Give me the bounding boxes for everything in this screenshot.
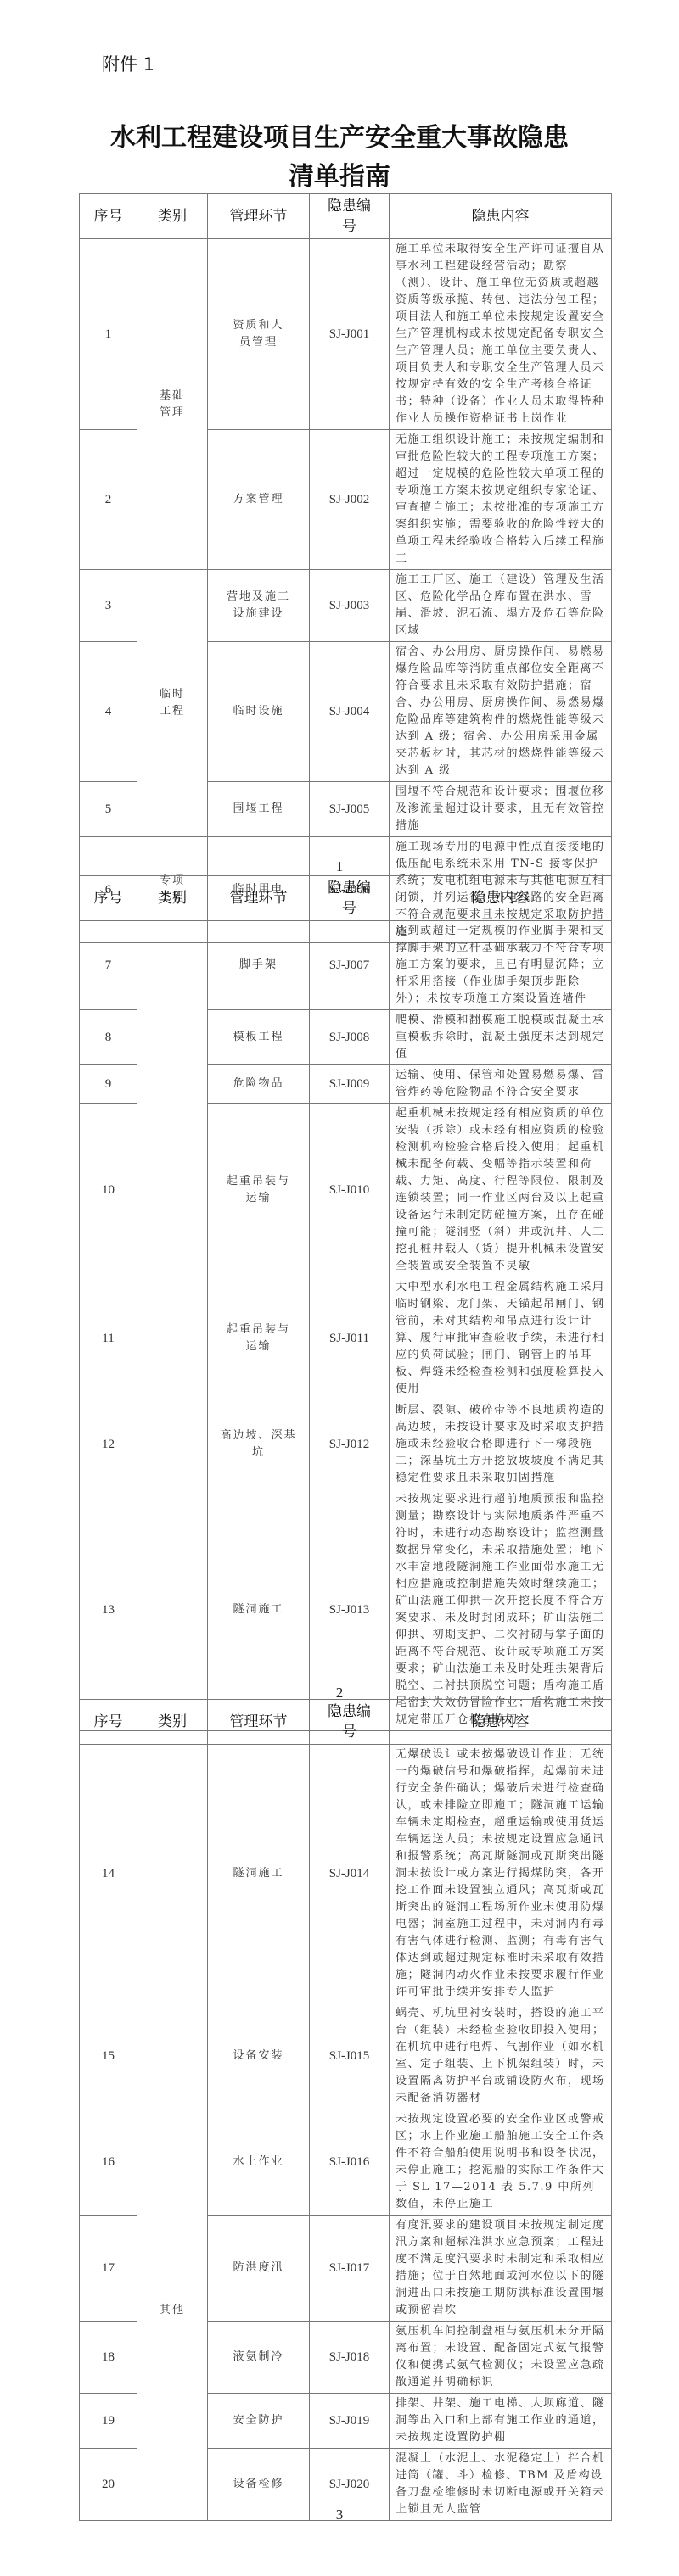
row-stage: 水上作业	[208, 2109, 310, 2216]
row-seq: 7	[80, 921, 137, 1010]
row-code: SJ-J018	[310, 2322, 390, 2394]
row-code: SJ-J002	[310, 430, 390, 570]
row-code: SJ-J011	[310, 1277, 390, 1400]
row-content: 无施工组织设计施工；未按规定编制和审批危险性较大的工程专项施工方案；超过一定规模…	[390, 430, 612, 570]
row-seq: 2	[80, 430, 137, 570]
row-content: 爬模、滑模和翻模施工脱模或混凝土承重模板拆除时，混凝土强度未达到规定值	[390, 1010, 612, 1065]
row-seq: 15	[80, 2003, 137, 2109]
row-content: 蜗壳、机坑里衬安装时，搭设的施工平台（组装）未经检查验收即投入使用；在机坑中进行…	[390, 2003, 612, 2109]
row-stage: 防洪度汛	[208, 2216, 310, 2322]
row-stage: 隧洞施工	[208, 1745, 310, 2003]
row-category-blank	[137, 921, 208, 1731]
row-category: 其他	[137, 1745, 208, 2521]
row-stage: 液氨制冷	[208, 2322, 310, 2394]
header-category: 类别	[137, 194, 208, 239]
row-content: 宿舍、办公用房、厨房操作间、易燃易爆危险品库等消防重点部位安全距离不符合要求且未…	[390, 642, 612, 782]
row-content: 达到或超过一定规模的作业脚手架和支撑脚手架的立杆基础承载力不符合专项施工方案的要…	[390, 921, 612, 1010]
row-stage: 高边坡、深基坑	[208, 1400, 310, 1489]
row-code: SJ-J019	[310, 2394, 390, 2449]
row-content: 施工单位未取得安全生产许可证擅自从事水利工程建设经营活动；勘察（测）、设计、施工…	[390, 239, 612, 430]
table-header-row: 序号 类别 管理环节 隐患编号 隐患内容	[80, 876, 612, 921]
row-stage: 方案管理	[208, 430, 310, 570]
header-code: 隐患编号	[310, 1700, 390, 1745]
row-seq: 4	[80, 642, 137, 782]
header-seq: 序号	[80, 876, 137, 921]
row-code: SJ-J012	[310, 1400, 390, 1489]
row-stage: 起重吊装与运输	[208, 1104, 310, 1277]
row-code: SJ-J007	[310, 921, 390, 1010]
row-stage: 资质和人员管理	[208, 239, 310, 430]
header-content: 隐患内容	[390, 194, 612, 239]
header-stage: 管理环节	[208, 194, 310, 239]
table-row: 7 脚手架 SJ-J007 达到或超过一定规模的作业脚手架和支撑脚手架的立杆基础…	[80, 921, 612, 1010]
row-stage: 脚手架	[208, 921, 310, 1010]
row-seq: 17	[80, 2216, 137, 2322]
attachment-label: 附件 1	[102, 51, 154, 76]
row-content: 氨压机车间控制盘柜与氨压机未分开隔离布置；未设置、配备固定式氨气报警仪和便携式氨…	[390, 2322, 612, 2394]
row-code: SJ-J003	[310, 570, 390, 642]
table-row: 14 其他 隧洞施工 SJ-J014 无爆破设计或未按爆破设计作业；无统一的爆破…	[80, 1745, 612, 2003]
row-seq: 14	[80, 1745, 137, 2003]
row-code: SJ-J010	[310, 1104, 390, 1277]
header-code: 隐患编号	[310, 876, 390, 921]
document-title-line-2: 清单指南	[0, 158, 679, 197]
row-content: 起重机械未按规定经有相应资质的单位安装（拆除）或未经有相应资质的检验检测机构检验…	[390, 1104, 612, 1277]
row-content: 运输、使用、保管和处置易燃易爆、雷管炸药等危险物品不符合安全要求	[390, 1065, 612, 1104]
row-seq: 10	[80, 1104, 137, 1277]
row-code: SJ-J008	[310, 1010, 390, 1065]
hazard-table-page-3: 序号 类别 管理环节 隐患编号 隐患内容 14 其他 隧洞施工 SJ-J014 …	[79, 1699, 612, 2521]
row-code: SJ-J005	[310, 782, 390, 837]
row-stage: 营地及施工设施建设	[208, 570, 310, 642]
row-stage: 危险物品	[208, 1065, 310, 1104]
header-stage: 管理环节	[208, 1700, 310, 1745]
page-number-3: 3	[0, 2506, 679, 2523]
header-code: 隐患编号	[310, 194, 390, 239]
table-row: 1 基础管理 资质和人员管理 SJ-J001 施工单位未取得安全生产许可证擅自从…	[80, 239, 612, 430]
row-stage: 模板工程	[208, 1010, 310, 1065]
row-code: SJ-J014	[310, 1745, 390, 2003]
row-seq: 3	[80, 570, 137, 642]
row-stage: 围堰工程	[208, 782, 310, 837]
row-seq: 1	[80, 239, 137, 430]
row-stage: 临时设施	[208, 642, 310, 782]
table-header-row: 序号 类别 管理环节 隐患编号 隐患内容	[80, 194, 612, 239]
row-content: 施工工厂区、施工（建设）管理及生活区、危险化学品仓库布置在洪水、雪崩、滑坡、泥石…	[390, 570, 612, 642]
row-code: SJ-J015	[310, 2003, 390, 2109]
row-content: 有度汛要求的建设项目未按规定制定度汛方案和超标准洪水应急预案；工程进度不满足度汛…	[390, 2216, 612, 2322]
row-content: 未按规定设置必要的安全作业区或警戒区；水上作业施工船舶施工安全工作条件不符合船舶…	[390, 2109, 612, 2216]
table-row: 3 临时工程 营地及施工设施建设 SJ-J003 施工工厂区、施工（建设）管理及…	[80, 570, 612, 642]
page-number-1: 1	[0, 858, 679, 875]
row-category: 基础管理	[137, 239, 208, 570]
row-code: SJ-J004	[310, 642, 390, 782]
row-seq: 19	[80, 2394, 137, 2449]
row-seq: 8	[80, 1010, 137, 1065]
header-seq: 序号	[80, 1700, 137, 1745]
header-category: 类别	[137, 1700, 208, 1745]
row-seq: 12	[80, 1400, 137, 1489]
row-seq: 16	[80, 2109, 137, 2216]
row-code: SJ-J017	[310, 2216, 390, 2322]
row-category: 临时工程	[137, 570, 208, 837]
table-header-row: 序号 类别 管理环节 隐患编号 隐患内容	[80, 1700, 612, 1745]
document-title-line-1: 水利工程建设项目生产安全重大事故隐患	[0, 119, 679, 158]
row-content: 无爆破设计或未按爆破设计作业；无统一的爆破信号和爆破指挥，起爆前未进行安全条件确…	[390, 1745, 612, 2003]
row-stage: 安全防护	[208, 2394, 310, 2449]
row-seq: 5	[80, 782, 137, 837]
hazard-table-page-2: 序号 类别 管理环节 隐患编号 隐患内容 7 脚手架 SJ-J007 达到或超过…	[79, 875, 612, 1731]
header-content: 隐患内容	[390, 1700, 612, 1745]
row-seq: 9	[80, 1065, 137, 1104]
header-seq: 序号	[80, 194, 137, 239]
header-stage: 管理环节	[208, 876, 310, 921]
hazard-table-page-1: 序号 类别 管理环节 隐患编号 隐患内容 1 基础管理 资质和人员管理 SJ-J…	[79, 193, 612, 943]
row-stage: 设备安装	[208, 2003, 310, 2109]
row-content: 围堰不符合规范和设计要求；围堰位移及渗流量超过设计要求，且无有效管控措施	[390, 782, 612, 837]
row-content: 大中型水利水电工程金属结构施工采用临时钢梁、龙门架、天锚起吊闸门、钢管前，未对其…	[390, 1277, 612, 1400]
row-code: SJ-J001	[310, 239, 390, 430]
row-stage: 起重吊装与运输	[208, 1277, 310, 1400]
header-content: 隐患内容	[390, 876, 612, 921]
row-code: SJ-J009	[310, 1065, 390, 1104]
header-category: 类别	[137, 876, 208, 921]
row-content: 断层、裂隙、破碎带等不良地质构造的高边坡，未按设计要求及时采取支护措施或未经验收…	[390, 1400, 612, 1489]
row-seq: 18	[80, 2322, 137, 2394]
row-content: 排架、井架、施工电梯、大坝廊道、隧洞等出入口和上部有施工作业的通道，未按规定设置…	[390, 2394, 612, 2449]
row-code: SJ-J016	[310, 2109, 390, 2216]
row-seq: 11	[80, 1277, 137, 1400]
